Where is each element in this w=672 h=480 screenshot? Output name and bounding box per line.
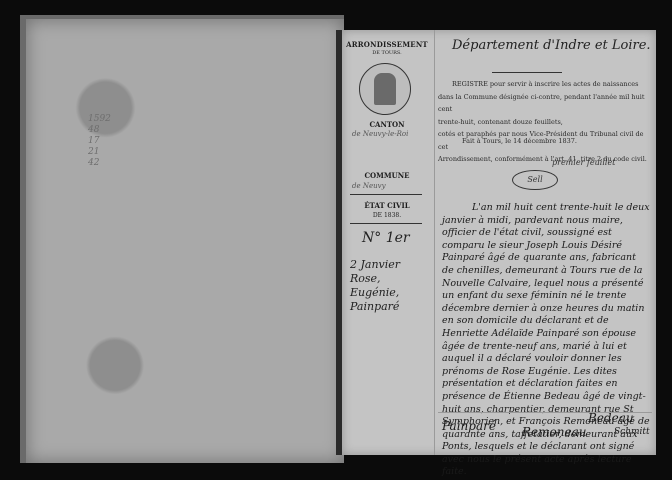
- entry-name: Rose,: [350, 272, 400, 286]
- arrondissement-sub: DE TOURS.: [346, 50, 428, 56]
- divider: [492, 72, 562, 73]
- arrondissement-label: ARRONDISSEMENT: [346, 40, 428, 49]
- margin-entry: 2 Janvier Rose, Eugénie, Painparé: [350, 258, 400, 314]
- printed-line: Arrondissement, conformément à l'art. 41…: [438, 153, 648, 166]
- margin-column: ARRONDISSEMENT DE TOURS. CANTON de Neuvy…: [342, 30, 435, 455]
- canton-value: de Neuvy-le-Roi: [352, 130, 408, 138]
- commune-label: COMMUNE: [346, 171, 428, 180]
- date-line: Fait à Tours, le 14 décembre 1837.: [462, 137, 577, 145]
- department-heading: Département d'Indre et Loire.: [452, 38, 651, 53]
- divider: [350, 223, 422, 224]
- paraph-signature: Sell: [512, 170, 558, 190]
- pencil-note: 17: [88, 136, 111, 147]
- commune-value: de Neuvy: [352, 182, 386, 190]
- signature: Schmitt: [614, 427, 650, 437]
- left-page-blank: 1592 48 17 21 42: [20, 15, 344, 463]
- signature: Bedeau: [588, 411, 634, 425]
- printed-line: dans la Commune désignée ci-contre, pend…: [438, 91, 648, 116]
- signature: Remoneau: [522, 425, 586, 439]
- act-number: N° 1er: [362, 230, 410, 246]
- pencil-note: 42: [88, 158, 111, 169]
- divider: [350, 194, 422, 195]
- folio-annotation: premier feuillet: [552, 158, 615, 167]
- pencil-notes: 1592 48 17 21 42: [88, 114, 111, 169]
- signature: Painparé: [442, 419, 496, 433]
- pencil-note: 21: [88, 147, 111, 158]
- printed-register-block: REGISTRE pour servir à inscrire les acte…: [438, 78, 648, 166]
- pencil-note: 1592: [88, 114, 111, 125]
- seal-icon: [359, 63, 411, 115]
- etat-civil-year: DE 1838.: [346, 212, 428, 219]
- right-page-register: ARRONDISSEMENT DE TOURS. CANTON de Neuvy…: [342, 30, 656, 455]
- entry-name: Eugénie,: [350, 286, 400, 300]
- printed-line: trente-huit, contenant douze feuillets,: [438, 116, 648, 129]
- entry-date: 2 Janvier: [350, 258, 400, 272]
- entry-surname: Painparé: [350, 300, 400, 314]
- etat-civil-label: ÉTAT CIVIL: [346, 201, 428, 210]
- seal-figure: [374, 73, 396, 105]
- signatures-row: Painparé Remoneau Bedeau Schmitt: [438, 412, 652, 449]
- printed-line: REGISTRE pour servir à inscrire les acte…: [438, 78, 648, 91]
- pencil-note: 48: [88, 125, 111, 136]
- canton-label: CANTON: [346, 120, 428, 129]
